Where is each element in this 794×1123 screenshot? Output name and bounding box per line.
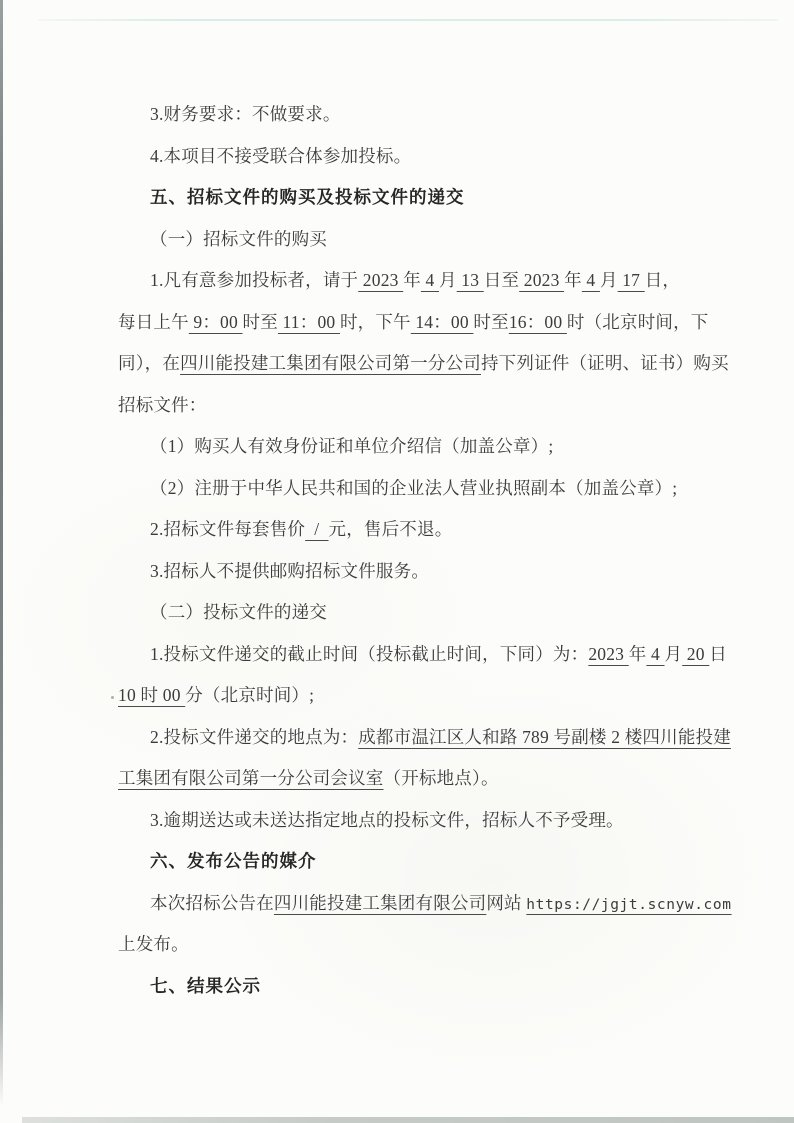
text-run: 日至 [484, 270, 519, 290]
doc-line-submission-address: 2.投标文件递交的地点为：成都市温江区人和路 789 号副楼 2 楼四川能投建 [118, 717, 722, 759]
doc-line-purchase-dates: 1.凡有意参加投标者，请于 2023 年 4 月 13 日至 2023 年 4 … [118, 260, 722, 302]
text-run: （1）购买人有效身份证和单位介绍信（加盖公章）; [150, 436, 553, 456]
scan-speck [111, 696, 114, 699]
doc-line-purchase-place-cont: 招标文件： [118, 385, 722, 427]
doc-line-financial-requirement: 3.财务要求：不做要求。 [118, 94, 722, 136]
text-run: 3.财务要求：不做要求。 [150, 104, 341, 124]
scan-artifact-bottom-edge [22, 1117, 794, 1123]
doc-line-deadline: 1.投标文件递交的截止时间（投标截止时间，下同）为：2023 年 4 月 20 … [118, 634, 722, 676]
text-run: 日 [709, 644, 727, 664]
heading-text: 七、结果公示 [150, 976, 261, 996]
time-field-am-end: 11：00 [278, 312, 340, 332]
date-field-year2: 2023 [519, 270, 564, 290]
text-run: 4.本项目不接受联合体参加投标。 [150, 146, 411, 166]
address-field-cont: 工集团有限公司第一分公司会议室 [118, 768, 384, 788]
scan-artifact-top-line [38, 19, 778, 21]
text-run: （2）注册于中华人民共和国的企业法人营业执照副本（加盖公章）; [150, 478, 677, 498]
date-field-day: 13 [457, 270, 484, 290]
doc-line-document-price: 2.招标文件每套售价 / 元，售后不退。 [118, 509, 722, 551]
deadline-day-field: 20 [682, 644, 709, 664]
text-run: 2.投标文件递交的地点为： [150, 727, 358, 747]
text-run: 上发布。 [118, 934, 189, 954]
text-run: 本次招标公告在 [150, 893, 274, 913]
doc-line-no-mail-order: 3.招标人不提供邮购招标文件服务。 [118, 551, 722, 593]
date-field-day2: 17 [618, 270, 645, 290]
text-run: （一）招标文件的购买 [150, 229, 327, 249]
text-run: 年 [564, 270, 582, 290]
address-field: 成都市温江区人和路 789 号副楼 2 楼四川能投建 [358, 727, 731, 747]
doc-line-announcement-media-cont: 上发布。 [118, 924, 722, 966]
heading-text: 六、发布公告的媒介 [150, 851, 317, 871]
subsection-heading-submission: （二）投标文件的递交 [118, 592, 722, 634]
text-run: 1.凡有意参加投标者，请于 [150, 270, 358, 290]
date-field-month2: 4 [582, 270, 600, 290]
doc-line-announcement-media: 本次招标公告在四川能投建工集团有限公司网站 https://jgjt.scnyw… [118, 883, 722, 925]
document-body: 3.财务要求：不做要求。 4.本项目不接受联合体参加投标。 五、招标文件的购买及… [118, 94, 722, 1007]
section-heading-6: 六、发布公告的媒介 [118, 841, 722, 883]
doc-line-submission-address-cont: 工集团有限公司第一分公司会议室（开标地点）。 [118, 758, 722, 800]
doc-line-late-submission: 3.逾期送达或未送达指定地点的投标文件，招标人不予受理。 [118, 800, 722, 842]
text-run: 招标文件： [118, 395, 207, 415]
text-run: 网站 [486, 893, 526, 913]
text-run: 元，售后不退。 [329, 519, 453, 539]
text-run: 分（北京时间）; [185, 685, 314, 705]
doc-line-purchase-times: 每日上午 9：00 时至 11：00 时，下午 14：00 时至16：00 时（… [118, 302, 722, 344]
heading-text: 五、招标文件的购买及投标文件的递交 [150, 187, 465, 207]
text-run: （开标地点）。 [384, 768, 499, 788]
date-field-year: 2023 [358, 270, 403, 290]
text-run: 月 [439, 270, 457, 290]
text-run: 3.招标人不提供邮购招标文件服务。 [150, 561, 429, 581]
text-run: 时，下午 [340, 312, 411, 332]
subsection-heading-purchase: （一）招标文件的购买 [118, 219, 722, 261]
text-run: 3.逾期送达或未送达指定地点的投标文件，招标人不予受理。 [150, 810, 624, 830]
company-name: 四川能投建工集团有限公司 [274, 893, 486, 913]
website-url: https://jgjt.scnyw.com [526, 897, 731, 913]
scanned-page: 3.财务要求：不做要求。 4.本项目不接受联合体参加投标。 五、招标文件的购买及… [0, 0, 794, 1123]
scan-artifact-left-edge [0, 0, 3, 1106]
date-field-month: 4 [421, 270, 439, 290]
text-run: 时（北京时间，下 [567, 312, 709, 332]
text-run: 月 [665, 644, 683, 664]
text-run: 月 [600, 270, 618, 290]
doc-line-deadline-time: 10 时 00 分（北京时间）; [118, 675, 722, 717]
time-field-pm-end: 16：00 [509, 312, 567, 332]
text-run: 时至 [473, 312, 508, 332]
doc-line-purchase-place: 同），在四川能投建工集团有限公司第一分公司持下列证件（证明、证书）购买 [118, 343, 722, 385]
text-run: 年 [629, 644, 647, 664]
doc-line-certificate-1: （1）购买人有效身份证和单位介绍信（加盖公章）; [118, 426, 722, 468]
text-run: 日， [645, 270, 680, 290]
deadline-year-field: 2023 [588, 644, 628, 664]
text-run: （二）投标文件的递交 [150, 602, 327, 622]
text-run: 2.招标文件每套售价 [150, 519, 305, 539]
company-name: 四川能投建工集团有限公司第一分公司 [180, 353, 481, 373]
text-run: 每日上午 [118, 312, 189, 332]
price-blank-field: / [305, 519, 328, 539]
deadline-month-field: 4 [646, 644, 664, 664]
time-field-am-start: 9：00 [189, 312, 243, 332]
text-run: 同），在 [118, 353, 180, 373]
text-run: 持下列证件（证明、证书）购买 [481, 353, 729, 373]
text-run: 1.投标文件递交的截止时间（投标截止时间，下同）为： [150, 644, 588, 664]
time-field-pm-start: 14：00 [411, 312, 474, 332]
doc-line-no-consortium: 4.本项目不接受联合体参加投标。 [118, 136, 722, 178]
section-heading-7: 七、结果公示 [118, 966, 722, 1008]
deadline-time-field: 10 时 00 [118, 685, 185, 705]
text-run: 年 [403, 270, 421, 290]
text-run: 时至 [243, 312, 278, 332]
doc-line-certificate-2: （2）注册于中华人民共和国的企业法人营业执照副本（加盖公章）; [118, 468, 722, 510]
section-heading-5: 五、招标文件的购买及投标文件的递交 [118, 177, 722, 219]
